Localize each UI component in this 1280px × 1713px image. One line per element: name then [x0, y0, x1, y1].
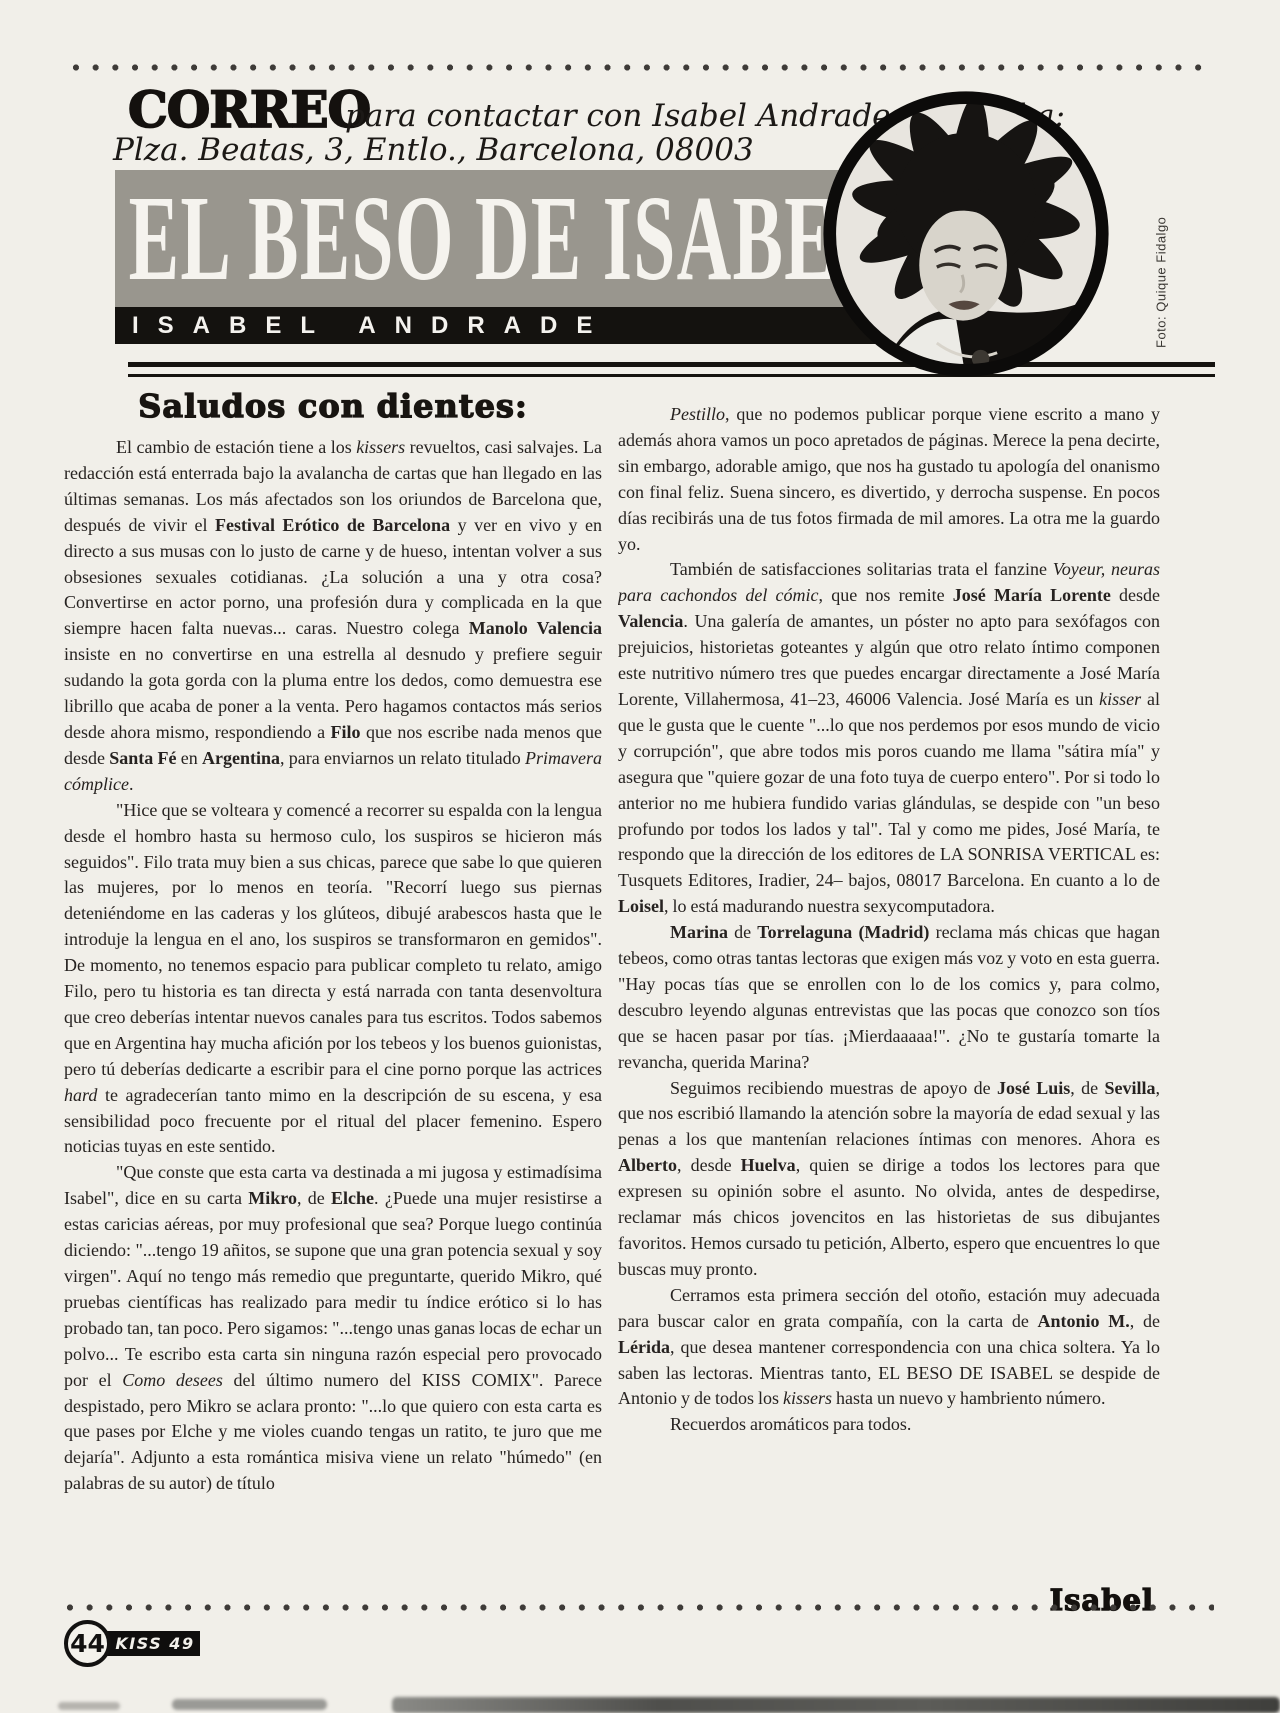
text-segment: Santa Fé: [109, 748, 176, 768]
text-segment: . ¿Puede una mujer resistirse a estas ca…: [64, 1188, 602, 1389]
text-segment: Antonio M.: [1038, 1311, 1130, 1331]
text-segment: Loisel: [618, 896, 664, 916]
text-segment: Filo: [331, 722, 361, 742]
text-segment: Manolo Valencia: [469, 618, 602, 638]
text-segment: José Luis: [997, 1078, 1070, 1098]
text-segment: desde: [1111, 585, 1160, 605]
text-segment: hasta un nuevo y hambriento número.: [832, 1388, 1105, 1408]
text-segment: (Madrid): [858, 922, 929, 942]
text-segment: Recuerdos aromáticos para todos.: [670, 1414, 911, 1434]
text-segment: , de: [1070, 1078, 1104, 1098]
text-segment: , desde: [677, 1155, 741, 1175]
text-segment: de: [728, 922, 757, 942]
text-segment: kissers: [783, 1388, 832, 1408]
text-segment: hard: [64, 1085, 97, 1105]
article-paragraph: "Hice que se volteara y comencé a recorr…: [64, 798, 602, 1161]
section-label: CORREO: [128, 84, 370, 136]
text-segment: , de: [297, 1188, 331, 1208]
article-paragraph: Cerramos esta primera sección del otoño,…: [618, 1283, 1160, 1413]
text-segment: Huelva: [741, 1155, 796, 1175]
isabel-portrait-photo: [820, 88, 1112, 380]
text-segment: . Una galería de amantes, un póster no a…: [618, 611, 1160, 709]
article-paragraph: También de satisfacciones solitarias tra…: [618, 557, 1160, 920]
bottom-dotted-border: [66, 1603, 1214, 1612]
text-segment: Sevilla: [1104, 1078, 1155, 1098]
text-segment: , que no podemos publicar porque viene e…: [618, 404, 1160, 554]
issue-label-badge: KISS 49: [100, 1631, 200, 1656]
banner-title: EL BESO DE ISABEL: [115, 170, 888, 307]
text-segment: Como desees: [122, 1370, 223, 1390]
text-segment: , lo está madurando nuestra sexycomputad…: [664, 896, 995, 916]
text-segment: , de: [1130, 1311, 1160, 1331]
contact-address: Plza. Beatas, 3, Entlo., Barcelona, 0800…: [113, 133, 754, 167]
text-segment: , que nos remite: [819, 585, 953, 605]
article-paragraph: Recuerdos aromáticos para todos.: [618, 1412, 1160, 1438]
text-segment: Elche: [331, 1188, 374, 1208]
article-paragraph: Seguimos recibiendo muestras de apoyo de…: [618, 1076, 1160, 1283]
text-segment: Argentina: [202, 748, 280, 768]
article-paragraph: Pestillo, que no podemos publicar porque…: [618, 402, 1160, 557]
text-segment: en: [177, 748, 203, 768]
top-dotted-border: [72, 63, 1214, 72]
text-segment: Torrelaguna: [757, 922, 852, 942]
text-segment: Marina: [670, 922, 728, 942]
article-paragraph: "Que conste que esta carta va destinada …: [64, 1160, 602, 1497]
scan-artifact: [172, 1699, 327, 1710]
article-paragraph: Marina de Torrelaguna (Madrid) reclama m…: [618, 920, 1160, 1075]
text-segment: Valencia: [618, 611, 683, 631]
text-segment: El cambio de estación tiene a los: [116, 437, 356, 457]
text-segment: Festival Erótico de Barcelona: [215, 515, 450, 535]
text-segment: kisser: [1099, 689, 1141, 709]
text-segment: reclama más chicas que hagan tebeos, com…: [618, 922, 1160, 1072]
portrait-photo-graphic: [820, 88, 1112, 380]
article-column-left: Saludos con dientes: El cambio de estaci…: [64, 386, 602, 1604]
photo-credit: Foto: Quique Fidalgo: [1152, 200, 1170, 365]
article-column-right: Pestillo, que no podemos publicar porque…: [618, 386, 1160, 1620]
page-number-badge: 44: [64, 1620, 111, 1667]
text-segment: kissers: [356, 437, 405, 457]
text-segment: José María Lorente: [953, 585, 1111, 605]
text-segment: Lérida: [618, 1337, 670, 1357]
text-segment: También de satisfacciones solitarias tra…: [670, 559, 1053, 579]
text-segment: te agradecerían tanto mimo en la descrip…: [64, 1085, 602, 1157]
text-segment: Pestillo: [670, 404, 725, 424]
article-heading: Saludos con dientes:: [64, 386, 602, 426]
scan-artifact: [392, 1697, 1280, 1713]
article-paragraph: El cambio de estación tiene a los kisser…: [64, 435, 602, 798]
text-segment: , para enviarnos un relato titulado: [280, 748, 525, 768]
text-segment: Alberto: [618, 1155, 677, 1175]
text-segment: .: [129, 774, 134, 794]
magazine-page: CORREO para contactar con Isabel Andrade…: [0, 0, 1280, 1713]
text-segment: Seguimos recibiendo muestras de apoyo de: [670, 1078, 997, 1098]
text-segment: Mikro: [248, 1188, 297, 1208]
text-segment: al que le gusta que le cuente "...lo que…: [618, 689, 1160, 890]
text-segment: "Hice que se volteara y comencé a recorr…: [64, 800, 602, 1079]
scan-artifact: [58, 1702, 120, 1710]
